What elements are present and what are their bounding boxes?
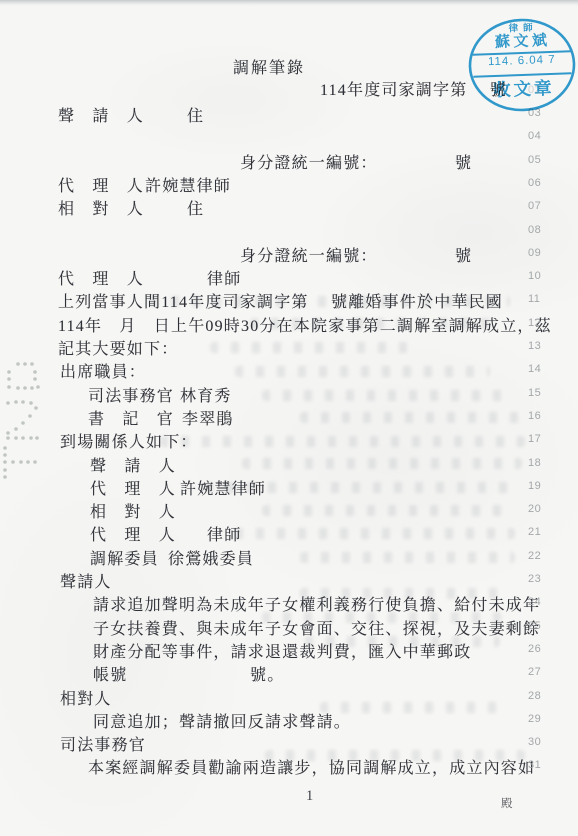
document-line: 身分證統一編號：號: [0, 243, 578, 265]
line-text: 書 記 官: [88, 406, 174, 429]
document-line: 代 理 人律師: [0, 266, 578, 288]
line-text: 114年 月 日上午09時30分在本院家事第二調解室調解成立，茲: [58, 313, 552, 336]
document-line: 聲 請 人: [0, 453, 578, 475]
line-number: 20: [528, 503, 554, 515]
document-line: 代 理 人許婉慧律師: [0, 476, 578, 498]
line-text: 子女扶養費、與未成年子女會面、交往、探視，及夫妻剩餘: [93, 616, 540, 639]
line-text: 代 理 人: [58, 173, 144, 196]
document-line: 財產分配等事件，請求退還裁判費，匯入中華郵政: [0, 639, 578, 661]
line-text: 代 理 人: [58, 266, 144, 289]
line-number: 27: [528, 666, 554, 678]
document-line: 相 對 人住: [0, 196, 578, 218]
line-text: 相 對 人: [58, 196, 144, 219]
line-number: 06: [528, 177, 554, 189]
lawyer-receipt-stamp: 律師 蘇文斌 114. 6.04 7 收文章: [464, 15, 578, 115]
line-number: 14: [528, 363, 554, 375]
line-text: 調解委員: [90, 546, 159, 569]
scan-top-edge: [0, 0, 578, 6]
line-number: 22: [528, 550, 554, 562]
document-line: 本案經調解委員勸諭兩造讓步，協同調解成立，成立內容如: [0, 755, 578, 777]
line-text: 住: [187, 103, 204, 126]
document-line: 記其大要如下：: [0, 336, 578, 358]
line-number: 19: [528, 480, 554, 492]
document-line: [0, 220, 578, 242]
document-line: 子女扶養費、與未成年子女會面、交往、探視，及夫妻剩餘: [0, 616, 578, 638]
line-text: 許婉慧律師: [145, 173, 231, 196]
document-line: 書 記 官李翠鵑: [0, 406, 578, 428]
document-line: 司法事務官: [0, 732, 578, 754]
line-text: 林育秀: [180, 383, 232, 406]
line-number: 11: [528, 293, 554, 305]
line-text: 許婉慧律師: [180, 476, 266, 499]
line-number: 30: [528, 736, 554, 748]
line-text: 徐鶯娥委員: [168, 546, 254, 569]
line-text: 到場關係人如下：: [60, 429, 198, 452]
line-number: 25: [528, 620, 554, 632]
line-text: 帳號: [93, 662, 127, 685]
document-line: 調解委員徐鶯娥委員: [0, 546, 578, 568]
line-number: 18: [528, 457, 554, 469]
document-line: 身分證統一編號：號: [0, 150, 578, 172]
line-number: 16: [528, 410, 554, 422]
line-number: 23: [528, 573, 554, 585]
document-line: 代 理 人許婉慧律師: [0, 173, 578, 195]
line-text: 律師: [207, 266, 241, 289]
line-number: 21: [528, 526, 554, 538]
line-text: 請求追加聲明為未成年子女權利義務行使負擔、給付未成年: [93, 592, 540, 615]
document-line: 帳號號。: [0, 662, 578, 684]
line-number: 12: [528, 317, 554, 329]
line-text: 相 對 人: [90, 499, 176, 522]
line-text: 相對人: [60, 686, 112, 709]
line-number: 24: [528, 596, 554, 608]
document-line: 上列當事人間114年度司家調字第 號離婚事件於中華民國: [0, 289, 578, 311]
document-line: 相對人: [0, 686, 578, 708]
line-text: 號: [455, 150, 472, 173]
line-number: 13: [528, 340, 554, 352]
line-text: 身分證統一編號：: [240, 243, 378, 266]
stamp-name: 蘇文斌: [465, 28, 578, 53]
line-number: 05: [528, 154, 554, 166]
line-text: 號。: [250, 662, 284, 685]
line-number: 09: [528, 247, 554, 259]
line-text: 住: [187, 196, 204, 219]
line-text: 李翠鵑: [182, 406, 234, 429]
line-text: 律師: [207, 522, 241, 545]
footer-right-mark: 殿: [501, 795, 513, 811]
document-line: 出席職員：: [0, 359, 578, 381]
page-number: 1: [306, 788, 313, 805]
line-number: 28: [528, 690, 554, 702]
document-line: 代 理 人律師: [0, 522, 578, 544]
document-title: 調解筆錄: [233, 55, 305, 78]
line-number: 17: [528, 433, 554, 445]
line-number: 15: [528, 387, 554, 399]
document-line: 同意追加；聲請撤回反請求聲請。: [0, 709, 578, 731]
line-text: 號: [455, 243, 472, 266]
line-text: 記其大要如下：: [58, 336, 178, 359]
line-text: 財產分配等事件，請求退還裁判費，匯入中華郵政: [93, 639, 471, 662]
line-number: 04: [528, 130, 554, 142]
line-number: 31: [528, 759, 554, 771]
line-text: 身分證統一編號：: [240, 150, 378, 173]
document-line: 到場關係人如下：: [0, 429, 578, 451]
document-line: [0, 126, 578, 148]
line-text: 本案經調解委員勸諭兩造讓步，協同調解成立，成立內容如: [88, 755, 535, 778]
line-text: 出席職員：: [60, 359, 146, 382]
document-page: 調解筆錄 114年度司家調字第 號 聲 請 人住0304身分證統一編號：號05代…: [0, 0, 578, 836]
line-text: 上列當事人間114年度司家調字第 號離婚事件於中華民國: [58, 289, 503, 312]
line-text: 聲 請 人: [90, 453, 176, 476]
line-number: 10: [528, 270, 554, 282]
document-line: 相 對 人: [0, 499, 578, 521]
line-number: 29: [528, 713, 554, 725]
line-text: 聲 請 人: [58, 103, 144, 126]
line-number: 26: [528, 643, 554, 655]
line-text: 同意追加；聲請撤回反請求聲請。: [93, 709, 351, 732]
line-text: 代 理 人: [90, 522, 176, 545]
line-number: 08: [528, 224, 554, 236]
stamp-caption: 收文章: [466, 74, 578, 103]
document-line: 聲請人: [0, 569, 578, 591]
document-line: 請求追加聲明為未成年子女權利義務行使負擔、給付未成年: [0, 592, 578, 614]
line-text: 司法事務官: [88, 383, 174, 406]
line-text: 司法事務官: [60, 732, 146, 755]
line-text: 代 理 人: [90, 476, 176, 499]
line-text: 聲請人: [60, 569, 112, 592]
line-number: 07: [528, 200, 554, 212]
document-line: 司法事務官林育秀: [0, 383, 578, 405]
document-line: 114年 月 日上午09時30分在本院家事第二調解室調解成立，茲: [0, 313, 578, 335]
